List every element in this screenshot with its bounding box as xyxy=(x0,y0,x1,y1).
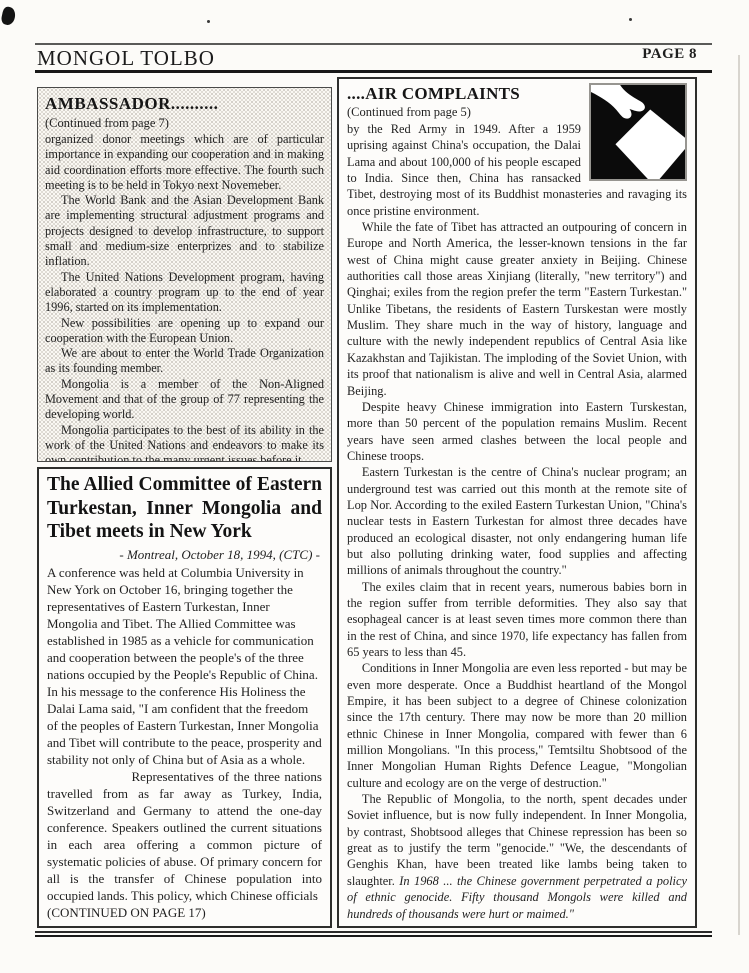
masthead-title: MONGOL TOLBO xyxy=(37,46,215,71)
paragraph: Mongolia is a member of the Non-Aligned … xyxy=(45,377,324,423)
allied-body: A conference was held at Columbia Univer… xyxy=(47,564,322,921)
paragraph: New possibilities are opening up to expa… xyxy=(45,316,324,347)
paragraph: Mongolia participates to the best of its… xyxy=(45,423,324,462)
article-ambassador: AMBASSADOR.......... (Continued from pag… xyxy=(37,87,332,462)
paragraph: We are about to enter the World Trade Or… xyxy=(45,346,324,377)
ambassador-body: organized donor meetings which are of pa… xyxy=(45,132,324,462)
scan-edge-line xyxy=(738,55,740,935)
paragraph: Eastern Turkestan is the centre of China… xyxy=(347,464,687,578)
paragraph: The United Nations Development program, … xyxy=(45,270,324,316)
header-rule-bottom xyxy=(35,70,712,73)
allied-headline: The Allied Committee of Eastern Turkesta… xyxy=(47,473,322,544)
hand-and-diamond-graphic xyxy=(589,83,687,181)
paragraph: Representatives of the three nations tra… xyxy=(47,768,322,904)
footer-rule-top xyxy=(35,931,712,933)
footer-rule-bottom xyxy=(35,935,712,937)
paragraph: Despite heavy Chinese immigration into E… xyxy=(347,399,687,464)
allied-byline: - Montreal, October 18, 1994, (CTC) - xyxy=(47,546,320,563)
scan-ink-blob xyxy=(0,6,16,26)
scan-speck xyxy=(207,20,210,23)
paragraph: The World Bank and the Asian Development… xyxy=(45,193,324,269)
article-allied-committee: The Allied Committee of Eastern Turkesta… xyxy=(37,467,332,928)
italic-quote: In 1968 ... the Chinese government perpe… xyxy=(347,874,687,921)
page-number: PAGE 8 xyxy=(642,46,697,63)
ambassador-headline: AMBASSADOR.......... xyxy=(45,93,324,115)
paragraph: The exiles claim that in recent years, n… xyxy=(347,579,687,661)
article-air-complaints: ....AIR COMPLAINTS (Continued from page … xyxy=(337,77,697,928)
hand-and-diamond-icon xyxy=(591,85,685,179)
scanned-newsletter-page: { "page": { "masthead": "MONGOL TOLBO", … xyxy=(0,0,749,973)
header-rule-top xyxy=(35,43,712,45)
paragraph: A conference was held at Columbia Univer… xyxy=(47,564,322,768)
paragraph: organized donor meetings which are of pa… xyxy=(45,132,324,193)
ambassador-continued-from: (Continued from page 7) xyxy=(45,115,324,132)
paragraph: While the fate of Tibet has attracted an… xyxy=(347,219,687,399)
scan-speck xyxy=(629,18,632,21)
paragraph: (CONTINUED ON PAGE 17) xyxy=(47,904,322,921)
air-body: by the Red Army in 1949. After a 1959 up… xyxy=(347,121,687,922)
paragraph: The Republic of Mongolia, to the north, … xyxy=(347,791,687,922)
paragraph: Conditions in Inner Mongolia are even le… xyxy=(347,660,687,791)
